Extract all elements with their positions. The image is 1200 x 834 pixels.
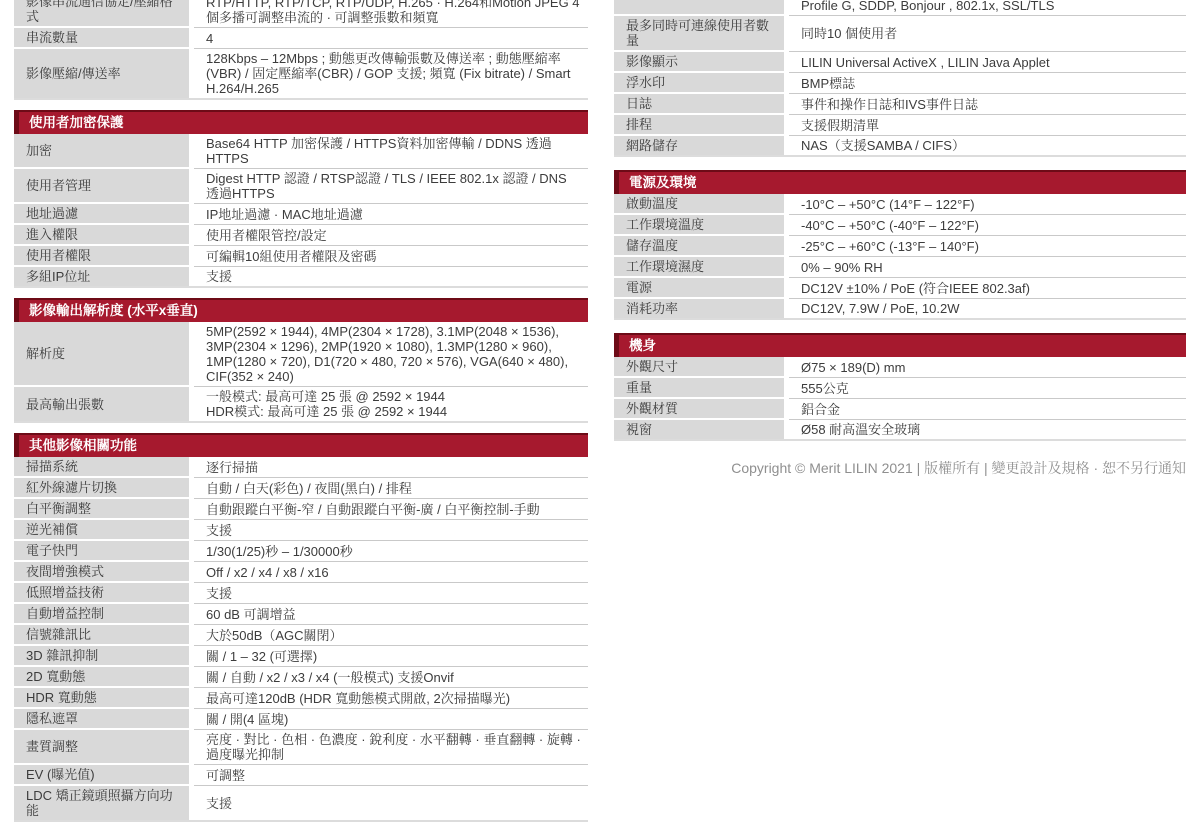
spec-table: 電源及環境啟動溫度-10°C – +50°C (14°F – 122°F)工作環…	[614, 170, 1186, 320]
spec-label: 重量	[614, 378, 784, 397]
spec-row: 視窗Ø58 耐高溫安全玻璃	[614, 420, 1186, 439]
spec-value: 0% – 90% RH	[789, 257, 1186, 278]
spec-label: 低照增益技術	[14, 583, 189, 602]
spec-value: DC12V ±10% / PoE (符合IEEE 802.3af)	[789, 278, 1186, 299]
spec-value: Base64 HTTP 加密保護 / HTTPS資料加密傳輸 / DDNS 透過…	[194, 134, 588, 169]
spec-label: 網路儲存	[614, 136, 784, 155]
spec-row: 自動增益控制60 dB 可調增益	[14, 604, 588, 625]
spec-value: 支援假期清單	[789, 115, 1186, 136]
spec-row: 外觀材質鋁合金	[614, 399, 1186, 420]
spec-value: 使用者權限管控/設定	[194, 225, 588, 246]
spec-row: HDR 寬動態最高可達120dB (HDR 寬動態模式開啟, 2次掃描曝光)	[14, 688, 588, 709]
spec-row: 儲存溫度-25°C – +60°C (-13°F – 140°F)	[614, 236, 1186, 257]
spec-row: 日誌事件和操作日誌和IVS事件日誌	[614, 94, 1186, 115]
spec-value: 支援	[194, 786, 588, 820]
spec-row: 低照增益技術支援	[14, 583, 588, 604]
spec-label: 工作環境濕度	[614, 257, 784, 276]
spec-value: -40°C – +50°C (-40°F – 122°F)	[789, 215, 1186, 236]
spec-label: 影像顯示	[614, 52, 784, 71]
spec-label: 最多同時可連線使用者數量	[614, 16, 784, 50]
spec-row: 浮水印BMP標誌	[614, 73, 1186, 94]
spec-label: 排程	[614, 115, 784, 134]
spec-label: 視窗	[614, 420, 784, 439]
spec-table: 其他影像相關功能掃描系統逐行掃描紅外線濾片切換自動 / 白天(彩色) / 夜間(…	[14, 433, 588, 822]
spec-value: 關 / 開(4 區塊)	[194, 709, 588, 730]
spec-value: 關 / 1 – 32 (可選擇)	[194, 646, 588, 667]
spec-value: 關 / 自動 / x2 / x3 / x4 (一般模式) 支援Onvif	[194, 667, 588, 688]
copyright-text: Copyright © Merit LILIN 2021 | 版權所有 | 變更…	[614, 459, 1186, 477]
spec-label: 2D 寬動態	[14, 667, 189, 686]
spec-row: 消耗功率DC12V, 7.9W / PoE, 10.2W	[614, 299, 1186, 318]
spec-row: 外觀尺寸Ø75 × 189(D) mm	[614, 357, 1186, 378]
spec-row: 電子快門1/30(1/25)秒 – 1/30000秒	[14, 541, 588, 562]
spec-row: 地址過濾IP地址過濾 · MAC地址過濾	[14, 204, 588, 225]
spec-label: 消耗功率	[614, 299, 784, 318]
spec-row: 白平衡調整自動跟蹤白平衡-窄 / 自動跟蹤白平衡-廣 / 白平衡控制-手動	[14, 499, 588, 520]
spec-value: 自動 / 白天(彩色) / 夜間(黑白) / 排程	[194, 478, 588, 499]
spec-value: 支援	[194, 520, 588, 541]
spec-label: 夜間增強模式	[14, 562, 189, 581]
spec-label: 白平衡調整	[14, 499, 189, 518]
spec-label: EV (曝光值)	[14, 765, 189, 784]
spec-label: 日誌	[614, 94, 784, 113]
section-header: 使用者加密保護	[14, 110, 588, 134]
spec-label: 信號雜訊比	[14, 625, 189, 644]
spec-row: 掃描系統逐行掃描	[14, 457, 588, 478]
spec-row: LDC 矯正鏡頭照攝方向功能支援	[14, 786, 588, 820]
spec-label: 使用者權限	[14, 246, 189, 265]
spec-label: 串流數量	[14, 28, 189, 47]
spec-value: NAS（支援SAMBA / CIFS）	[789, 136, 1186, 155]
left-column: 影像串流通信協定/壓縮格式RTP/HTTP, RTP/TCP, RTP/UDP,…	[14, 0, 588, 822]
spec-row: 3D 雜訊抑制關 / 1 – 32 (可選擇)	[14, 646, 588, 667]
right-column: Profile G, SDDP, Bonjour , 802.1x, SSL/T…	[614, 0, 1186, 441]
spec-label: 自動增益控制	[14, 604, 189, 623]
section-header: 電源及環境	[614, 170, 1186, 194]
section-header: 影像輸出解析度 (水平x垂直)	[14, 298, 588, 322]
spec-row: 多組IP位址支援	[14, 267, 588, 286]
spec-value: 60 dB 可調增益	[194, 604, 588, 625]
spec-label: 外觀材質	[614, 399, 784, 418]
spec-value: -25°C – +60°C (-13°F – 140°F)	[789, 236, 1186, 257]
spec-value: Ø58 耐高溫安全玻璃	[789, 420, 1186, 439]
spec-row: 影像顯示LILIN Universal ActiveX , LILIN Java…	[614, 52, 1186, 73]
spec-row: 進入權限使用者權限管控/設定	[14, 225, 588, 246]
spec-value: -10°C – +50°C (14°F – 122°F)	[789, 194, 1186, 215]
spec-value: 555公克	[789, 378, 1186, 399]
spec-label: 畫質調整	[14, 730, 189, 763]
spec-value: 事件和操作日誌和IVS事件日誌	[789, 94, 1186, 115]
spec-label	[614, 0, 784, 14]
spec-table: 使用者加密保護加密Base64 HTTP 加密保護 / HTTPS資料加密傳輸 …	[14, 110, 588, 288]
spec-row: 2D 寬動態關 / 自動 / x2 / x3 / x4 (一般模式) 支援Onv…	[14, 667, 588, 688]
spec-value: Ø75 × 189(D) mm	[789, 357, 1186, 378]
spec-row: EV (曝光值)可調整	[14, 765, 588, 786]
spec-value: 同時10 個使用者	[789, 16, 1186, 52]
spec-row: 紅外線濾片切換自動 / 白天(彩色) / 夜間(黑白) / 排程	[14, 478, 588, 499]
spec-label: 使用者管理	[14, 169, 189, 202]
spec-row: 電源DC12V ±10% / PoE (符合IEEE 802.3af)	[614, 278, 1186, 299]
spec-label: 進入權限	[14, 225, 189, 244]
spec-value: IP地址過濾 · MAC地址過濾	[194, 204, 588, 225]
spec-row: 畫質調整亮度 · 對比 · 色相 · 色濃度 · 銳利度 · 水平翻轉 · 垂直…	[14, 730, 588, 765]
spec-row: 啟動溫度-10°C – +50°C (14°F – 122°F)	[614, 194, 1186, 215]
spec-label: 影像壓縮/傳送率	[14, 49, 189, 98]
spec-label: 加密	[14, 134, 189, 167]
spec-sheet: 影像串流通信協定/壓縮格式RTP/HTTP, RTP/TCP, RTP/UDP,…	[0, 0, 1200, 834]
spec-value: LILIN Universal ActiveX , LILIN Java App…	[789, 52, 1186, 73]
section-header: 機身	[614, 333, 1186, 357]
spec-label: LDC 矯正鏡頭照攝方向功能	[14, 786, 189, 820]
spec-value: 最高可達120dB (HDR 寬動態模式開啟, 2次掃描曝光)	[194, 688, 588, 709]
spec-value: DC12V, 7.9W / PoE, 10.2W	[789, 299, 1186, 318]
spec-row: 隱私遮罩關 / 開(4 區塊)	[14, 709, 588, 730]
spec-row: 工作環境濕度0% – 90% RH	[614, 257, 1186, 278]
spec-value: RTP/HTTP, RTP/TCP, RTP/UDP, H.265 · H.26…	[194, 0, 588, 28]
spec-value: 亮度 · 對比 · 色相 · 色濃度 · 銳利度 · 水平翻轉 · 垂直翻轉 ·…	[194, 730, 588, 765]
spec-value: 可調整	[194, 765, 588, 786]
spec-value: 一般模式: 最高可達 25 張 @ 2592 × 1944 HDR模式: 最高可…	[194, 387, 588, 421]
spec-row: 串流數量4	[14, 28, 588, 49]
spec-value: 逐行掃描	[194, 457, 588, 478]
spec-value: Digest HTTP 認證 / RTSP認證 / TLS / IEEE 802…	[194, 169, 588, 204]
spec-label: 解析度	[14, 322, 189, 385]
spec-row: 重量555公克	[614, 378, 1186, 399]
spec-label: 多組IP位址	[14, 267, 189, 286]
spec-label: 逆光補償	[14, 520, 189, 539]
spec-table: 機身外觀尺寸Ø75 × 189(D) mm重量555公克外觀材質鋁合金視窗Ø58…	[614, 333, 1186, 441]
spec-label: 浮水印	[614, 73, 784, 92]
spec-row: 逆光補償支援	[14, 520, 588, 541]
spec-label: 紅外線濾片切換	[14, 478, 189, 497]
spec-label: 電子快門	[14, 541, 189, 560]
spec-table: 影像輸出解析度 (水平x垂直)解析度5MP(2592 × 1944), 4MP(…	[14, 298, 588, 423]
spec-row: 最高輸出張數一般模式: 最高可達 25 張 @ 2592 × 1944 HDR模…	[14, 387, 588, 421]
spec-value: BMP標誌	[789, 73, 1186, 94]
spec-label: 電源	[614, 278, 784, 297]
spec-label: HDR 寬動態	[14, 688, 189, 707]
spec-row: 使用者管理Digest HTTP 認證 / RTSP認證 / TLS / IEE…	[14, 169, 588, 204]
spec-value: 4	[194, 28, 588, 49]
spec-label: 隱私遮罩	[14, 709, 189, 728]
spec-label: 3D 雜訊抑制	[14, 646, 189, 665]
spec-row: 排程支援假期清單	[614, 115, 1186, 136]
spec-value: Off / x2 / x4 / x8 / x16	[194, 562, 588, 583]
spec-row: 影像壓縮/傳送率128Kbps – 12Mbps ; 動態更改傳輸張數及傳送率 …	[14, 49, 588, 98]
spec-label: 掃描系統	[14, 457, 189, 476]
spec-row: 解析度5MP(2592 × 1944), 4MP(2304 × 1728), 3…	[14, 322, 588, 387]
spec-value: Profile G, SDDP, Bonjour , 802.1x, SSL/T…	[789, 0, 1186, 16]
spec-value: 支援	[194, 267, 588, 286]
spec-row: 影像串流通信協定/壓縮格式RTP/HTTP, RTP/TCP, RTP/UDP,…	[14, 0, 588, 28]
spec-label: 外觀尺寸	[614, 357, 784, 376]
spec-value: 鋁合金	[789, 399, 1186, 420]
spec-row: 加密Base64 HTTP 加密保護 / HTTPS資料加密傳輸 / DDNS …	[14, 134, 588, 169]
spec-row: Profile G, SDDP, Bonjour , 802.1x, SSL/T…	[614, 0, 1186, 16]
spec-value: 大於50dB（AGC關閉）	[194, 625, 588, 646]
spec-row: 工作環境溫度-40°C – +50°C (-40°F – 122°F)	[614, 215, 1186, 236]
spec-table: Profile G, SDDP, Bonjour , 802.1x, SSL/T…	[614, 0, 1186, 157]
spec-label: 啟動溫度	[614, 194, 784, 213]
spec-row: 使用者權限可編輯10組使用者權限及密碼	[14, 246, 588, 267]
spec-value: 可編輯10組使用者權限及密碼	[194, 246, 588, 267]
spec-value: 自動跟蹤白平衡-窄 / 自動跟蹤白平衡-廣 / 白平衡控制-手動	[194, 499, 588, 520]
section-header: 其他影像相關功能	[14, 433, 588, 457]
spec-row: 信號雜訊比大於50dB（AGC關閉）	[14, 625, 588, 646]
spec-row: 網路儲存NAS（支援SAMBA / CIFS）	[614, 136, 1186, 155]
spec-label: 地址過濾	[14, 204, 189, 223]
spec-value: 支援	[194, 583, 588, 604]
spec-row: 最多同時可連線使用者數量同時10 個使用者	[614, 16, 1186, 52]
spec-row: 夜間增強模式Off / x2 / x4 / x8 / x16	[14, 562, 588, 583]
spec-value: 1/30(1/25)秒 – 1/30000秒	[194, 541, 588, 562]
spec-label: 工作環境溫度	[614, 215, 784, 234]
spec-table: 影像串流通信協定/壓縮格式RTP/HTTP, RTP/TCP, RTP/UDP,…	[14, 0, 588, 100]
spec-value: 128Kbps – 12Mbps ; 動態更改傳輸張數及傳送率 ; 動態壓縮率(…	[194, 49, 588, 98]
spec-label: 儲存溫度	[614, 236, 784, 255]
spec-label: 影像串流通信協定/壓縮格式	[14, 0, 189, 26]
spec-value: 5MP(2592 × 1944), 4MP(2304 × 1728), 3.1M…	[194, 322, 588, 387]
spec-label: 最高輸出張數	[14, 387, 189, 421]
